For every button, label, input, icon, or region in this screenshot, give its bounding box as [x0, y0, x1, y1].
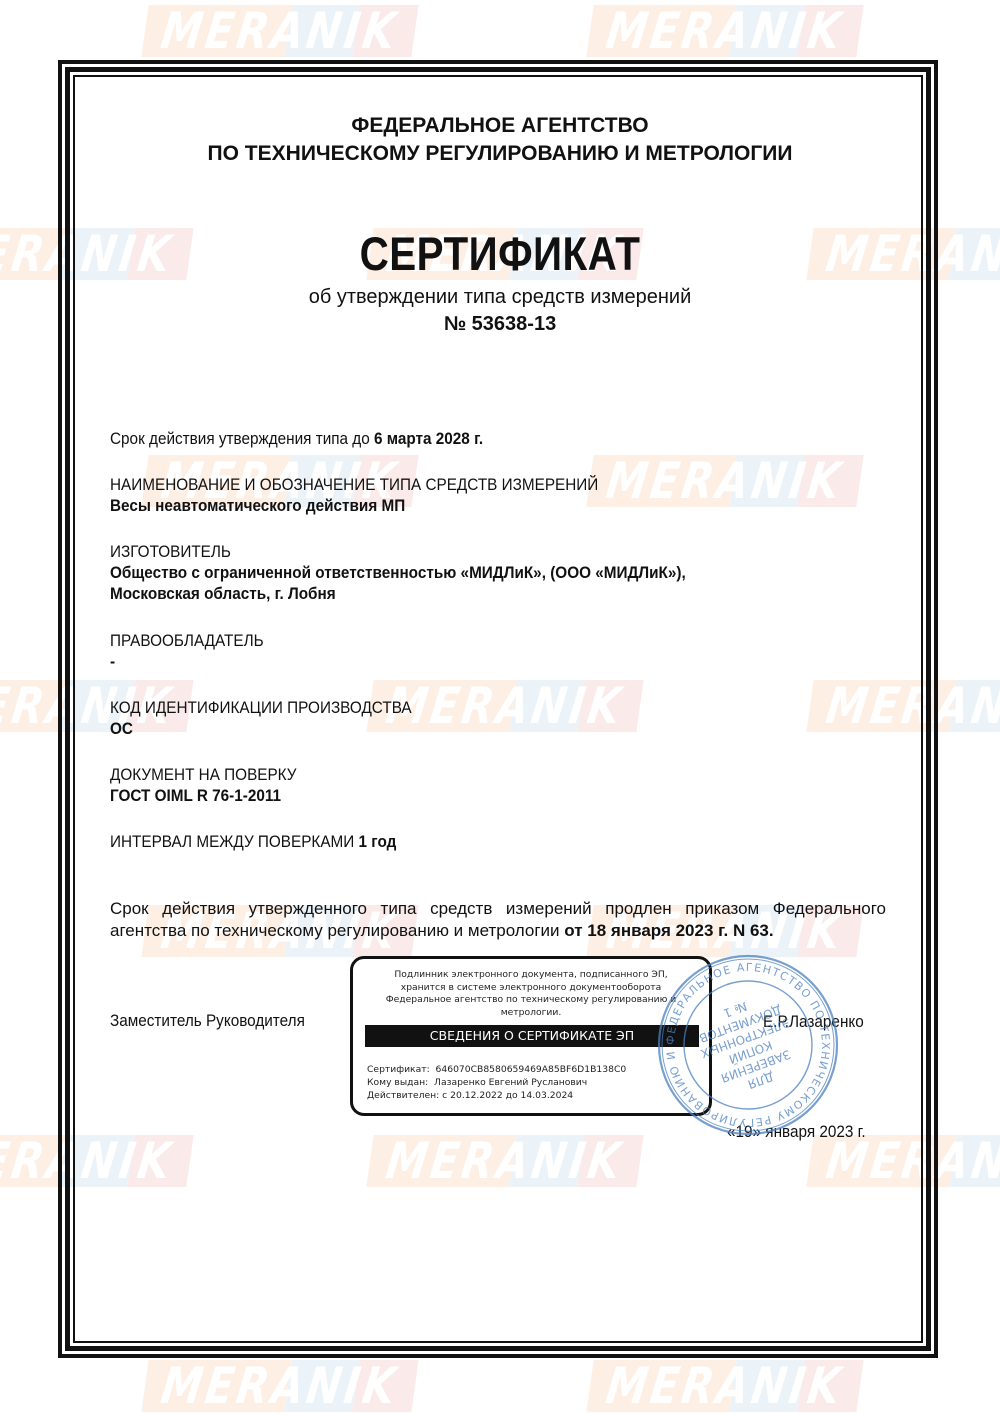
certificate-title-block: СЕРТИФИКАТ [0, 226, 1000, 281]
verification-doc-label: ДОКУМЕНТ НА ПОВЕРКУ [110, 764, 296, 785]
watermark: MERANIK [586, 1360, 863, 1412]
esig-valid-value: с 20.12.2022 до 14.03.2024 [442, 1090, 573, 1101]
official-stamp-icon: ФЕДЕРАЛЬНОЕ АГЕНТСТВО ПО ТЕХНИЧЕСКОМУ РЕ… [656, 953, 840, 1137]
validity-label: Срок действия утверждения типа до [110, 429, 374, 448]
manufacturer-value-1: Общество с ограниченной ответственностью… [110, 562, 686, 583]
extension-order: от 18 января 2023 г. N 63. [564, 921, 773, 940]
section-production-code: КОД ИДЕНТИФИКАЦИИ ПРОИЗВОДСТВА ОС [110, 697, 412, 739]
esig-valid-label: Действителен: [367, 1090, 439, 1101]
watermark-text: MERANIK [166, 5, 395, 57]
rights-holder-label: ПРАВООБЛАДАТЕЛЬ [110, 630, 264, 651]
watermark-text: MERANIK [611, 5, 840, 57]
section-manufacturer: ИЗГОТОВИТЕЛЬ Общество с ограниченной отв… [110, 541, 686, 604]
section-interval: ИНТЕРВАЛ МЕЖДУ ПОВЕРКАМИ 1 год [110, 831, 396, 852]
esig-cert-label: Сертификат: [367, 1064, 430, 1075]
rights-holder-value: - [110, 651, 264, 672]
section-rights-holder: ПРАВООБЛАДАТЕЛЬ - [110, 630, 264, 672]
esig-cert-row: Сертификат: 646070CB8580659469A85BF6D1B1… [367, 1063, 626, 1076]
certificate-subtitle: об утверждении типа средств измерений [0, 284, 1000, 310]
watermark-text: MERANIK [166, 1360, 395, 1412]
watermark: MERANIK [141, 1360, 418, 1412]
esig-header-bar: СВЕДЕНИЯ О СЕРТИФИКАТЕ ЭП [365, 1025, 699, 1047]
production-code-value: ОС [110, 718, 412, 739]
manufacturer-value-2: Московская область, г. Лобня [110, 583, 686, 604]
extension-paragraph: Срок действия утвержденного типа средств… [110, 898, 886, 942]
watermark: MERANIK [586, 5, 863, 57]
esig-cert-value: 646070CB8580659469A85BF6D1B138C0 [436, 1064, 627, 1075]
agency-line-2: ПО ТЕХНИЧЕСКОМУ РЕГУЛИРОВАНИЮ И МЕТРОЛОГ… [0, 140, 1000, 168]
manufacturer-label: ИЗГОТОВИТЕЛЬ [110, 541, 686, 562]
agency-line-1: ФЕДЕРАЛЬНОЕ АГЕНТСТВО [0, 112, 1000, 140]
agency-header: ФЕДЕРАЛЬНОЕ АГЕНТСТВО ПО ТЕХНИЧЕСКОМУ РЕ… [0, 112, 1000, 168]
section-name-label: НАИМЕНОВАНИЕ И ОБОЗНАЧЕНИЕ ТИПА СРЕДСТВ … [110, 474, 598, 495]
certificate-number: № 53638-13 [0, 313, 1000, 336]
verification-doc-value: ГОСТ OIML R 76-1-2011 [110, 785, 296, 806]
esig-info: Сертификат: 646070CB8580659469A85BF6D1B1… [367, 1063, 626, 1102]
section-name: НАИМЕНОВАНИЕ И ОБОЗНАЧЕНИЕ ТИПА СРЕДСТВ … [110, 474, 598, 516]
section-name-value: Весы неавтоматического действия МП [110, 495, 598, 516]
signatory-position: Заместитель Руководителя [110, 1010, 305, 1031]
watermark-text: MERANIK [611, 1360, 840, 1412]
esig-issued-label: Кому выдан: [367, 1077, 428, 1088]
section-verification-doc: ДОКУМЕНТ НА ПОВЕРКУ ГОСТ OIML R 76-1-201… [110, 764, 296, 806]
esig-issued-value: Лазаренко Евгений Русланович [434, 1077, 587, 1088]
production-code-label: КОД ИДЕНТИФИКАЦИИ ПРОИЗВОДСТВА [110, 697, 412, 718]
validity-value: 6 марта 2028 г. [374, 429, 483, 448]
certificate-title: СЕРТИФИКАТ [70, 226, 930, 281]
interval-label: ИНТЕРВАЛ МЕЖДУ ПОВЕРКАМИ [110, 832, 359, 851]
interval-value: 1 год [359, 832, 397, 851]
watermark: MERANIK [141, 5, 418, 57]
esig-issued-row: Кому выдан: Лазаренко Евгений Русланович [367, 1076, 626, 1089]
esig-valid-row: Действителен: с 20.12.2022 до 14.03.2024 [367, 1089, 626, 1102]
validity-line: Срок действия утверждения типа до 6 март… [110, 428, 483, 449]
